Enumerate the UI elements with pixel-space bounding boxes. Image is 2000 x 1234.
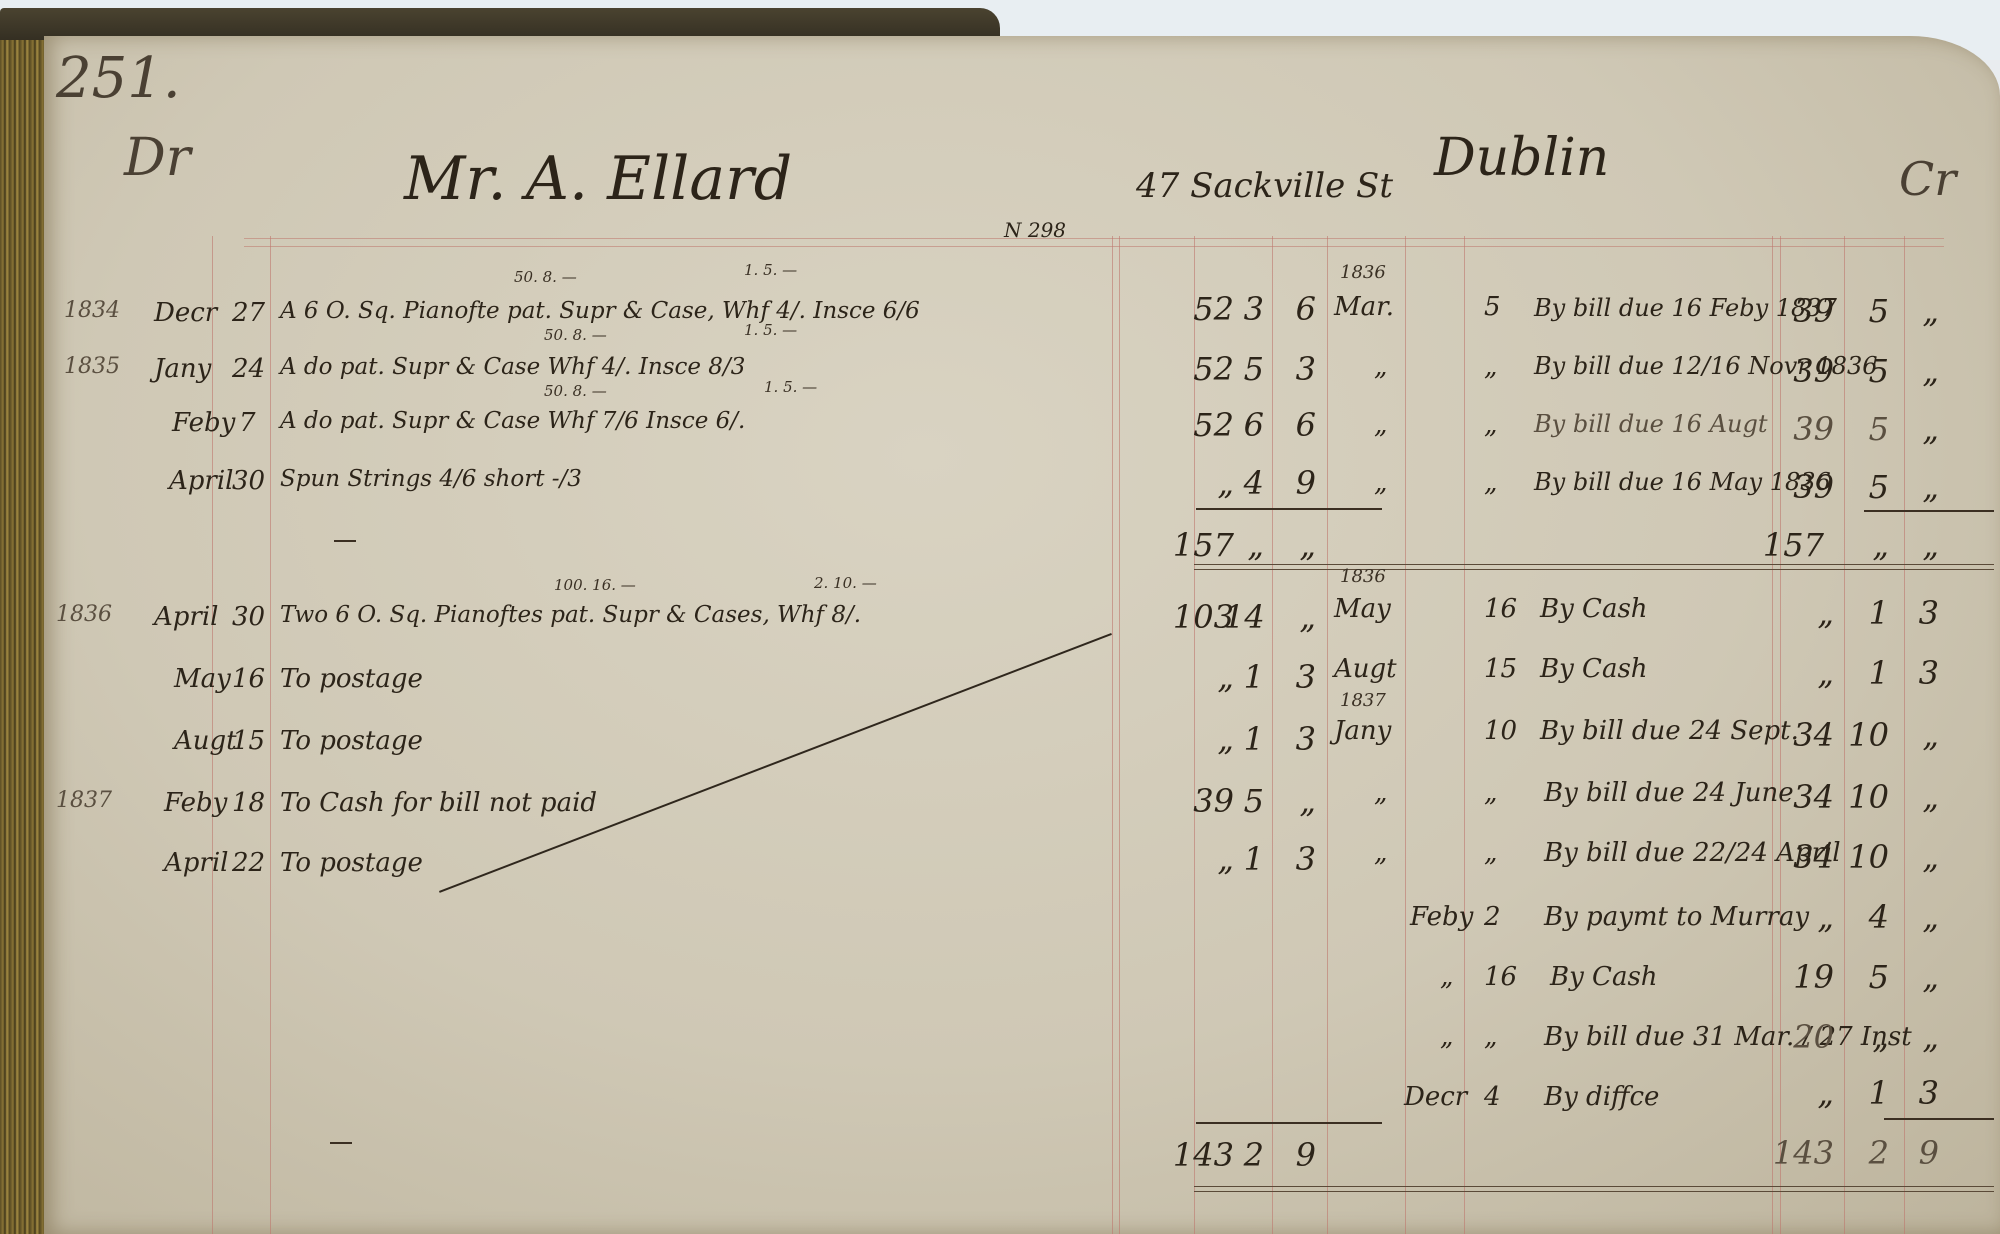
folio-number: 251.	[56, 46, 181, 111]
closing-rule	[1194, 1186, 1994, 1187]
section-mark	[330, 1142, 352, 1144]
section-mark	[334, 540, 356, 542]
column-rule	[1272, 236, 1273, 1234]
account-name: Mr. A. Ellard	[404, 144, 792, 214]
header-rule	[244, 238, 1944, 239]
account-address: 47 Sackville St	[1136, 166, 1393, 206]
ledger-page: 251. Dr Mr. A. Ellard 47 Sackville St Du…	[44, 36, 2000, 1234]
column-rule	[1112, 236, 1113, 1234]
credit-label: Cr	[1899, 152, 1956, 206]
total-rule	[1884, 1118, 1994, 1120]
cancel-stroke	[439, 633, 1112, 893]
account-city: Dublin	[1434, 128, 1609, 188]
header-rule	[244, 246, 1944, 247]
debit-label: Dr	[124, 128, 191, 188]
balance-rule	[1194, 564, 1994, 565]
column-rule	[270, 236, 271, 1234]
page-stack-edge	[0, 40, 46, 1234]
reference-number: N 298	[1004, 218, 1066, 242]
balance-rule	[1194, 569, 1994, 570]
subtotal-rule	[1196, 508, 1382, 510]
column-rule	[1119, 236, 1120, 1234]
column-rule	[1327, 236, 1328, 1234]
subtotal-rule	[1864, 510, 1994, 512]
total-rule	[1196, 1122, 1382, 1124]
closing-rule	[1194, 1191, 1994, 1192]
